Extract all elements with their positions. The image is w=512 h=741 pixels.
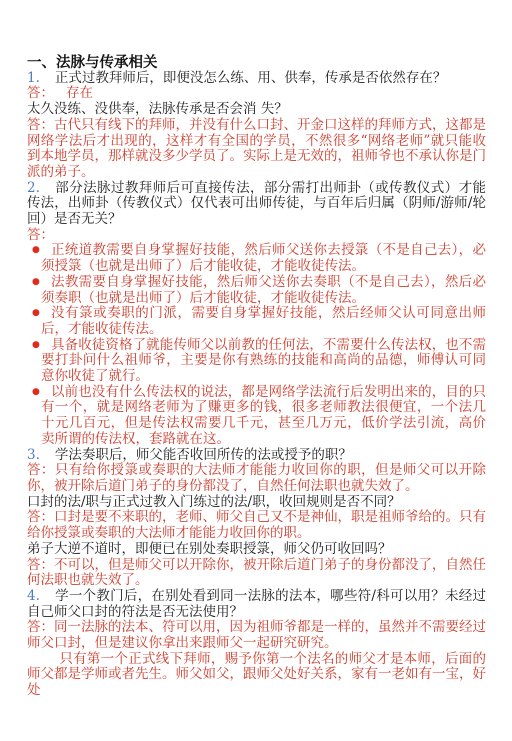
bullet-item: ●法教需要自身掌握好技能，然后师父送你去奏职（不是自己去），然后必须奏职（也就是…: [27, 275, 486, 306]
question-2: 2.部分法脉过教拜师后可直接传法，部分需打出师卦（或传教仪式）才能传法，出师卦（…: [27, 181, 486, 228]
question-4-text: 学一个教门后，在别处看到同一法脉的法本，哪些符/科可以用？未经过自己师父口封的符…: [27, 588, 486, 620]
answer-3: 答：只有给你授箓或奏职的大法师才能能力收回你的职，但是师父可以开除你，被开除后道…: [27, 463, 486, 494]
question-4-number: 4.: [27, 588, 40, 604]
bullet-text: 正统道教需要自身掌握好技能，然后师父送你去授箓（不是自己去），必须授箓（也就是出…: [41, 242, 486, 274]
question-3-text: 学法奏职后，师父能否收回所传的法或授予的职？: [55, 447, 352, 463]
document-body: 一、法脉与传承相关 1.正式过教拜师后，即便没怎么练、用、供奉，传承是否依然存在…: [27, 55, 486, 699]
bullet-icon: ●: [32, 338, 40, 354]
bullet-text: 法教需要自身掌握好技能，然后师父送你去奏职（不是自己去），然后必须奏职（也就是出…: [41, 274, 486, 306]
bullet-item: ●没有箓或奏职的门派，需要自身掌握好技能，然后经师父认可同意出师后，才能收徒传法…: [27, 306, 486, 337]
answer-1-label: 答：: [27, 85, 54, 101]
question-3c: 弟子大逆不道时，即便已在别处奏职授箓，师父仍可收回吗？: [27, 542, 486, 558]
bullet-icon: ●: [32, 243, 40, 259]
question-1: 1.正式过教拜师后，即便没怎么练、用、供奉，传承是否依然存在？: [27, 71, 486, 87]
bullet-icon: ●: [32, 275, 40, 291]
question-1-number: 1.: [27, 70, 40, 86]
answer-2-bullet-list: ●正统道教需要自身掌握好技能，然后师父送你去授箓（不是自己去），必须授箓（也就是…: [27, 243, 486, 447]
answer-3b: 答：口封是要不来职的，老师、师父自己又不是神仙，职是祖师爷给的。只有给你授箓或奏…: [27, 510, 486, 541]
bullet-icon: ●: [32, 385, 40, 401]
question-1-text: 正式过教拜师后，即便没怎么练、用、供奉，传承是否依然存在？: [55, 70, 447, 86]
question-3-number: 3.: [27, 447, 40, 463]
bullet-item: ●以前也没有什么传法权的说法，都是网络学法流行后发明出来的，目的只有一个，就是网…: [27, 385, 486, 448]
answer-3c: 答：不可以，但是师父可以开除你，被开除后道门弟子的身份都没了，自然任何法职也就失…: [27, 558, 486, 589]
bullet-item: ●正统道教需要自身掌握好技能，然后师父送你去授箓（不是自己去），必须授箓（也就是…: [27, 243, 486, 274]
answer-1b: 答：古代只有线下的拜师，并没有什么口封、开金口这样的拜师方式，这都是网络学法后才…: [27, 118, 486, 181]
closing-paragraph: 只有第一个正式线下拜师，赐予你第一个法名的师父才是本师，后面的师父都是学师或者先…: [27, 652, 486, 699]
question-1b: 太久没练、没供奉，法脉传承是否会消 失？: [27, 102, 486, 118]
document-page: 一、法脉与传承相关 1.正式过教拜师后，即便没怎么练、用、供奉，传承是否依然存在…: [0, 0, 512, 741]
bullet-text: 以前也没有什么传法权的说法，都是网络学法流行后发明出来的，目的只有一个，就是网络…: [41, 384, 486, 447]
answer-1: 答：存在: [27, 86, 486, 102]
answer-4: 答：同一法脉的法本、符可以用，因为祖师爷都是一样的，虽然并不需要经过师父口封，但…: [27, 620, 486, 651]
bullet-icon: ●: [32, 306, 40, 322]
question-4: 4.学一个教门后，在别处看到同一法脉的法本，哪些符/科可以用？未经过自己师父口封…: [27, 589, 486, 620]
bullet-item: ●具备收徒资格了就能传师父以前教的任何法，不需要什么传法权，也不需要打卦问什么祖…: [27, 338, 486, 385]
question-3: 3.学法奏职后，师父能否收回所传的法或授予的职？: [27, 448, 486, 464]
section-title: 一、法脉与传承相关: [27, 55, 486, 71]
bullet-text: 没有箓或奏职的门派，需要自身掌握好技能，然后经师父认可同意出师后，才能收徒传法。: [41, 305, 486, 337]
question-2-text: 部分法脉过教拜师后可直接传法，部分需打出师卦（或传教仪式）才能传法，出师卦（传教…: [27, 180, 486, 227]
bullet-text: 具备收徒资格了就能传师父以前教的任何法，不需要什么传法权，也不需要打卦问什么祖师…: [41, 337, 486, 384]
answer-1-value: 存在: [66, 85, 93, 101]
question-2-number: 2.: [27, 180, 40, 196]
